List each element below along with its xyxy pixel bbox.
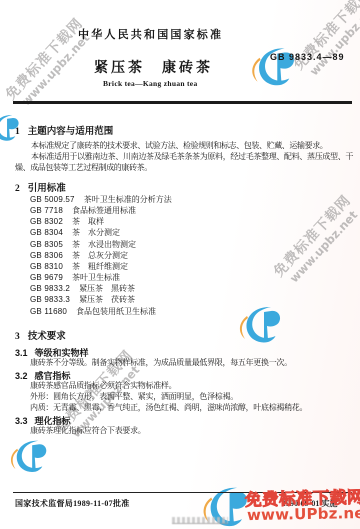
referenced-standards-list: GB 5009.57茶叶卫生标准的分析方法 GB 7718食品标签通用标准 GB… [30,194,172,317]
header-rule [13,101,352,104]
paragraph: 本标准适用于以雅南边茶、川南边茶及绿毛茶条茶为原料，经过毛茶整理、配料、蒸压成型… [15,151,353,173]
reference-item: GB 8310茶 粗纤维测定 [30,261,172,272]
upbz-logo-icon [244,36,296,92]
approval-authority-date: 国家技术监督局1989-11-07批准 [15,498,130,509]
standard-number: GB 9833.4—89 [270,52,345,62]
watermark-upbz: 免费标准下载网 www.upbz.net [257,177,360,305]
scanned-standard-page: 免费标准下载网 www.upbz.net 免费标准下载网 www.upbz.ne… [0,0,360,529]
paragraph: 康砖茶不分等级。制备实物样标准，为成品质量最低界限，每五年更换一次。 [30,357,292,368]
reference-item: GB 5009.57茶叶卫生标准的分析方法 [30,194,172,205]
paragraph: 康砖茶理化指标应符合下表要求。 [30,425,146,436]
document-title-english: Brick tea—Kang zhuan tea [103,79,198,88]
reference-item: GB 9833.3紧压茶 茯砖茶 [30,294,172,305]
reference-item: GB 9833.2紧压茶 黑砖茶 [30,283,172,294]
paragraph: 外形：圆角长方形，表面平整、紧实，洒面明显，色泽棕褐。 [30,391,238,402]
upbz-logo-icon [4,430,48,478]
reference-item: GB 8305茶 水浸出物测定 [30,239,172,250]
paragraph: 内质：无青霉、黑霉，香气纯正，汤色红褐、尚明，滋味尚浓醇，叶底棕褐稍花。 [30,402,307,413]
reference-item: GB 9679茶叶卫生标准 [30,272,172,283]
document-title: 紧压茶 康砖茶 [94,57,213,77]
paragraph: 本标准规定了康砖茶的技术要求、试验方法、检验规则和标志、包装、贮藏、运输要求。 [15,140,353,151]
reference-item: GB 11680食品包装用纸卫生标准 [30,306,172,317]
section-1-body: 本标准规定了康砖茶的技术要求、试验方法、检验规则和标志、包装、贮藏、运输要求。 … [15,140,353,173]
watermark-red-url: www.UPbz.net [247,504,360,524]
reference-item: GB 8304茶 水分测定 [30,227,172,238]
upbz-logo-icon [229,297,285,347]
reference-item: GB 8302茶 取样 [30,216,172,227]
paragraph: 康砖茶感官品质指标必须符合实物标准样。 [30,380,176,391]
section-2-heading: 2引用标准 [15,180,66,194]
reference-item: GB 8306茶 总灰分测定 [30,250,172,261]
section-3-heading: 3技术要求 [15,328,66,342]
national-standard-title: 中华人民共和国国家标准 [78,26,223,42]
reference-item: GB 7718食品标签通用标准 [30,205,172,216]
print-artifact [172,517,228,524]
section-1-heading: 1主题内容与适用范围 [15,123,113,137]
